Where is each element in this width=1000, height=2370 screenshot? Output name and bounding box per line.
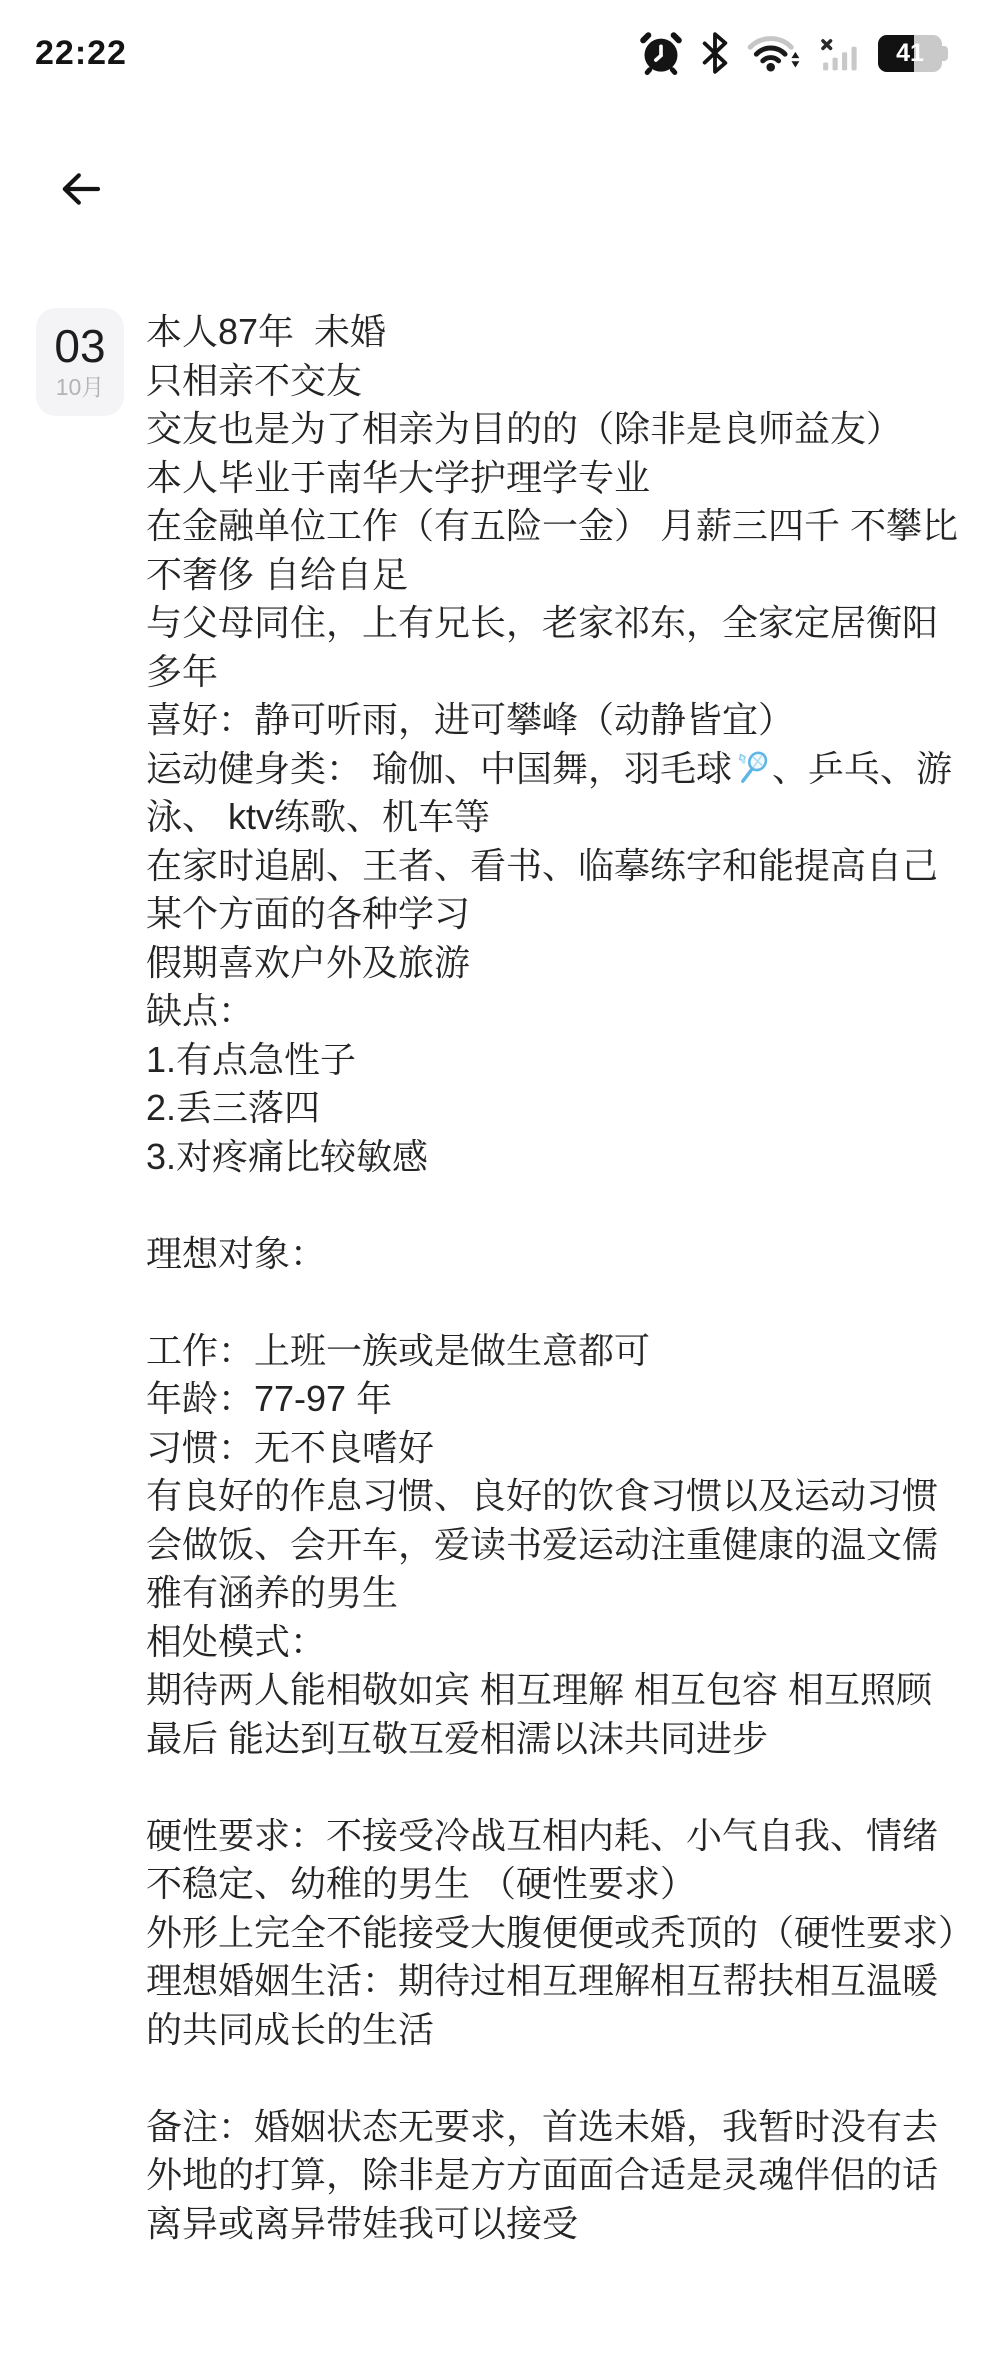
status-time: 22:22 <box>35 34 127 73</box>
no-signal-icon <box>817 34 863 72</box>
date-day: 03 <box>36 320 124 372</box>
post-paragraph <box>146 1181 967 1230</box>
post-paragraph: 外形上完全不能接受大腹便便或秃顶的（硬性要求） <box>146 1909 967 1958</box>
post-paragraph: 假期喜欢户外及旅游 <box>146 939 967 988</box>
wifi-icon <box>746 31 802 75</box>
post-paragraph: 本人87年 未婚 <box>146 308 967 357</box>
post-paragraph: 会做饭、会开车，爱读书爱运动注重健康的温文儒雅有涵养的男生 <box>146 1521 967 1618</box>
post-paragraph <box>146 1763 967 1812</box>
post-paragraph: 相处模式： <box>146 1618 967 1667</box>
badminton-racquet-icon <box>732 749 772 789</box>
post-text: 本人87年 未婚只相亲不交友交友也是为了相亲为目的的（除非是良师益友）本人毕业于… <box>146 308 967 2248</box>
post-paragraph: 在家时追剧、王者、看书、临摹练字和能提高自己某个方面的各种学习 <box>146 842 967 939</box>
post-paragraph <box>146 2054 967 2103</box>
battery-cap <box>942 46 948 61</box>
post-paragraph: 与父母同住，上有兄长，老家祁东，全家定居衡阳多年 <box>146 599 967 696</box>
alarm-icon <box>638 30 684 76</box>
date-badge: 03 10月 <box>36 308 124 416</box>
post-paragraph: 期待两人能相敬如宾 相互理解 相互包容 相互照顾 <box>146 1666 967 1715</box>
post-paragraph: 备注：婚姻状态无要求，首选未婚，我暂时没有去外地的打算，除非是方方面面合适是灵魂… <box>146 2103 967 2249</box>
post-paragraph: 在金融单位工作（有五险一金） 月薪三四千 不攀比 不奢侈 自给自足 <box>146 502 967 599</box>
post-paragraph: 2.丢三落四 <box>146 1084 967 1133</box>
battery-percent: 41 <box>878 35 942 72</box>
back-arrow-icon <box>56 201 104 216</box>
bluetooth-icon <box>699 30 731 76</box>
post-paragraph: 本人毕业于南华大学护理学专业 <box>146 454 967 503</box>
status-icons: 41 <box>638 30 942 76</box>
status-bar: 22:22 <box>35 26 942 80</box>
post-content: 03 10月 本人87年 未婚只相亲不交友交友也是为了相亲为目的的（除非是良师益… <box>36 308 967 2248</box>
post-paragraph: 理想婚姻生活：期待过相互理解相互帮扶相互温暖的共同成长的生活 <box>146 1957 967 2054</box>
post-paragraph: 习惯：无不良嗜好 <box>146 1424 967 1473</box>
post-paragraph: 最后 能达到互敬互爱相濡以沫共同进步 <box>146 1715 967 1764</box>
post-paragraph: 交友也是为了相亲为目的的（除非是良师益友） <box>146 405 967 454</box>
post-paragraph: 年龄：77-97 年 <box>146 1375 967 1424</box>
post-paragraph: 1.有点急性子 <box>146 1036 967 1085</box>
post-paragraph <box>146 1278 967 1327</box>
phone-screen: 22:22 <box>0 0 1000 2370</box>
back-button[interactable] <box>56 165 104 213</box>
post-paragraph: 有良好的作息习惯、良好的饮食习惯以及运动习惯 <box>146 1472 967 1521</box>
post-paragraph: 工作：上班一族或是做生意都可 <box>146 1327 967 1376</box>
post-paragraph: 只相亲不交友 <box>146 357 967 406</box>
post-paragraph: 硬性要求：不接受冷战互相内耗、小气自我、情绪不稳定、幼稚的男生 （硬性要求） <box>146 1812 967 1909</box>
post-paragraph: 缺点： <box>146 987 967 1036</box>
date-month: 10月 <box>36 374 124 400</box>
post-paragraph: 3.对疼痛比较敏感 <box>146 1133 967 1182</box>
nav-bar <box>56 165 104 218</box>
post-paragraph: 喜好：静可听雨，进可攀峰（动静皆宜） <box>146 696 967 745</box>
post-paragraph: 理想对象： <box>146 1230 967 1279</box>
battery-indicator: 41 <box>878 35 942 72</box>
post-paragraph: 运动健身类： 瑜伽、中国舞，羽毛球、乒乓、游泳、 ktv练歌、机车等 <box>146 745 967 842</box>
